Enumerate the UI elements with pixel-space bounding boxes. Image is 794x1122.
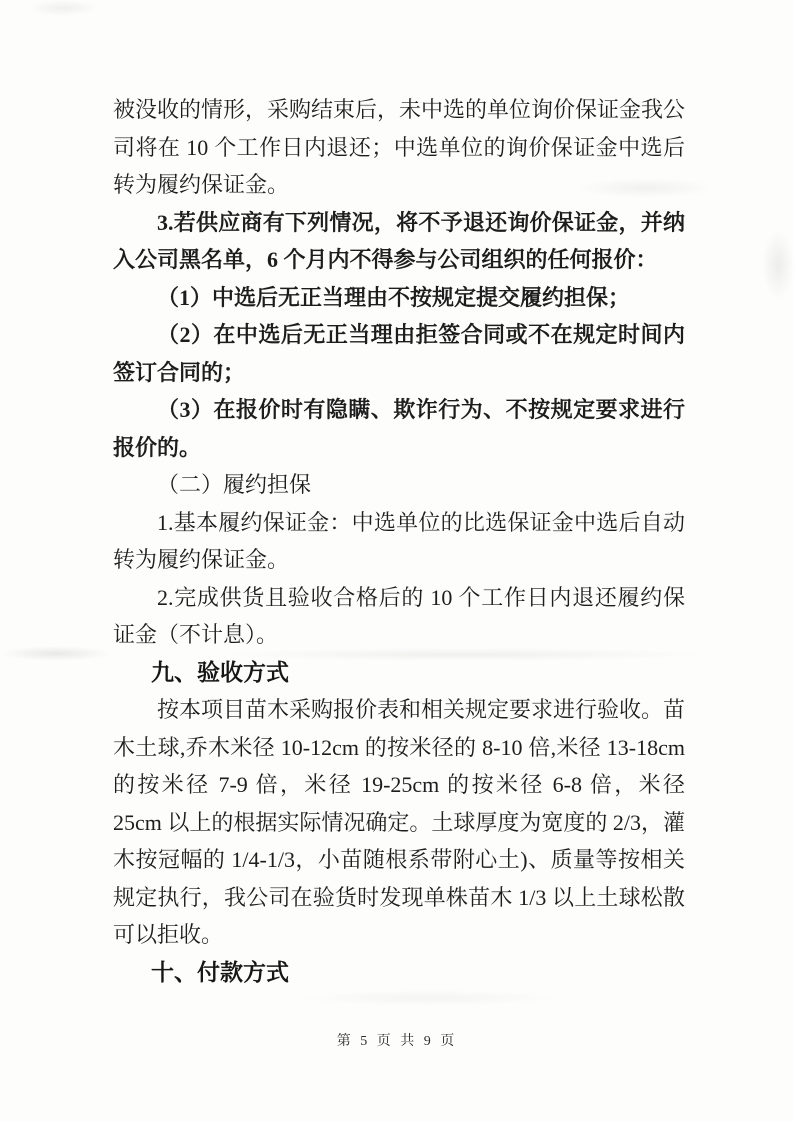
scan-artifact <box>0 646 112 661</box>
section-9-acceptance-method-heading: 九、验收方式 <box>113 654 685 692</box>
scan-artifact <box>300 990 560 1006</box>
clause-3-item-2: （2）在中选后无正当理由拒签合同或不在规定时间内签订合同的； <box>113 316 685 391</box>
section-10-payment-method-heading: 十、付款方式 <box>113 954 685 992</box>
scan-artifact <box>762 230 794 300</box>
clause-1-basic-performance-deposit: 1.基本履约保证金：中选单位的比选保证金中选后自动转为履约保证金。 <box>113 504 685 579</box>
paragraph-acceptance-requirements: 按本项目苗木采购报价表和相关规定要求进行验收。苗木土球,乔木米径 10-12cm… <box>113 691 685 954</box>
clause-3-item-3: （3）在报价时有隐瞒、欺诈行为、不按规定要求进行报价的。 <box>113 391 685 466</box>
clause-3-item-1: （1）中选后无正当理由不按规定提交履约担保； <box>113 279 685 317</box>
clause-3-deposit-forfeiture: 3.若供应商有下列情况，将不予退还询价保证金，并纳入公司黑名单，6 个月内不得参… <box>113 204 685 279</box>
clause-2-deposit-return: 2.完成供货且验收合格后的 10 个工作日内退还履约保证金（不计息）。 <box>113 579 685 654</box>
paragraph-deposit-refund-continuation: 被没收的情形，采购结束后，未中选的单位询价保证金我公司将在 10 个工作日内退还… <box>113 91 685 204</box>
document-body: 被没收的情形，采购结束后，未中选的单位询价保证金我公司将在 10 个工作日内退还… <box>113 91 685 991</box>
scan-artifact <box>28 0 98 16</box>
page-number-footer: 第 5 页 共 9 页 <box>0 1030 794 1050</box>
subsection-2-performance-guarantee-title: （二）履约担保 <box>113 466 685 504</box>
document-page: 被没收的情形，采购结束后，未中选的单位询价保证金我公司将在 10 个工作日内退还… <box>0 0 794 1122</box>
